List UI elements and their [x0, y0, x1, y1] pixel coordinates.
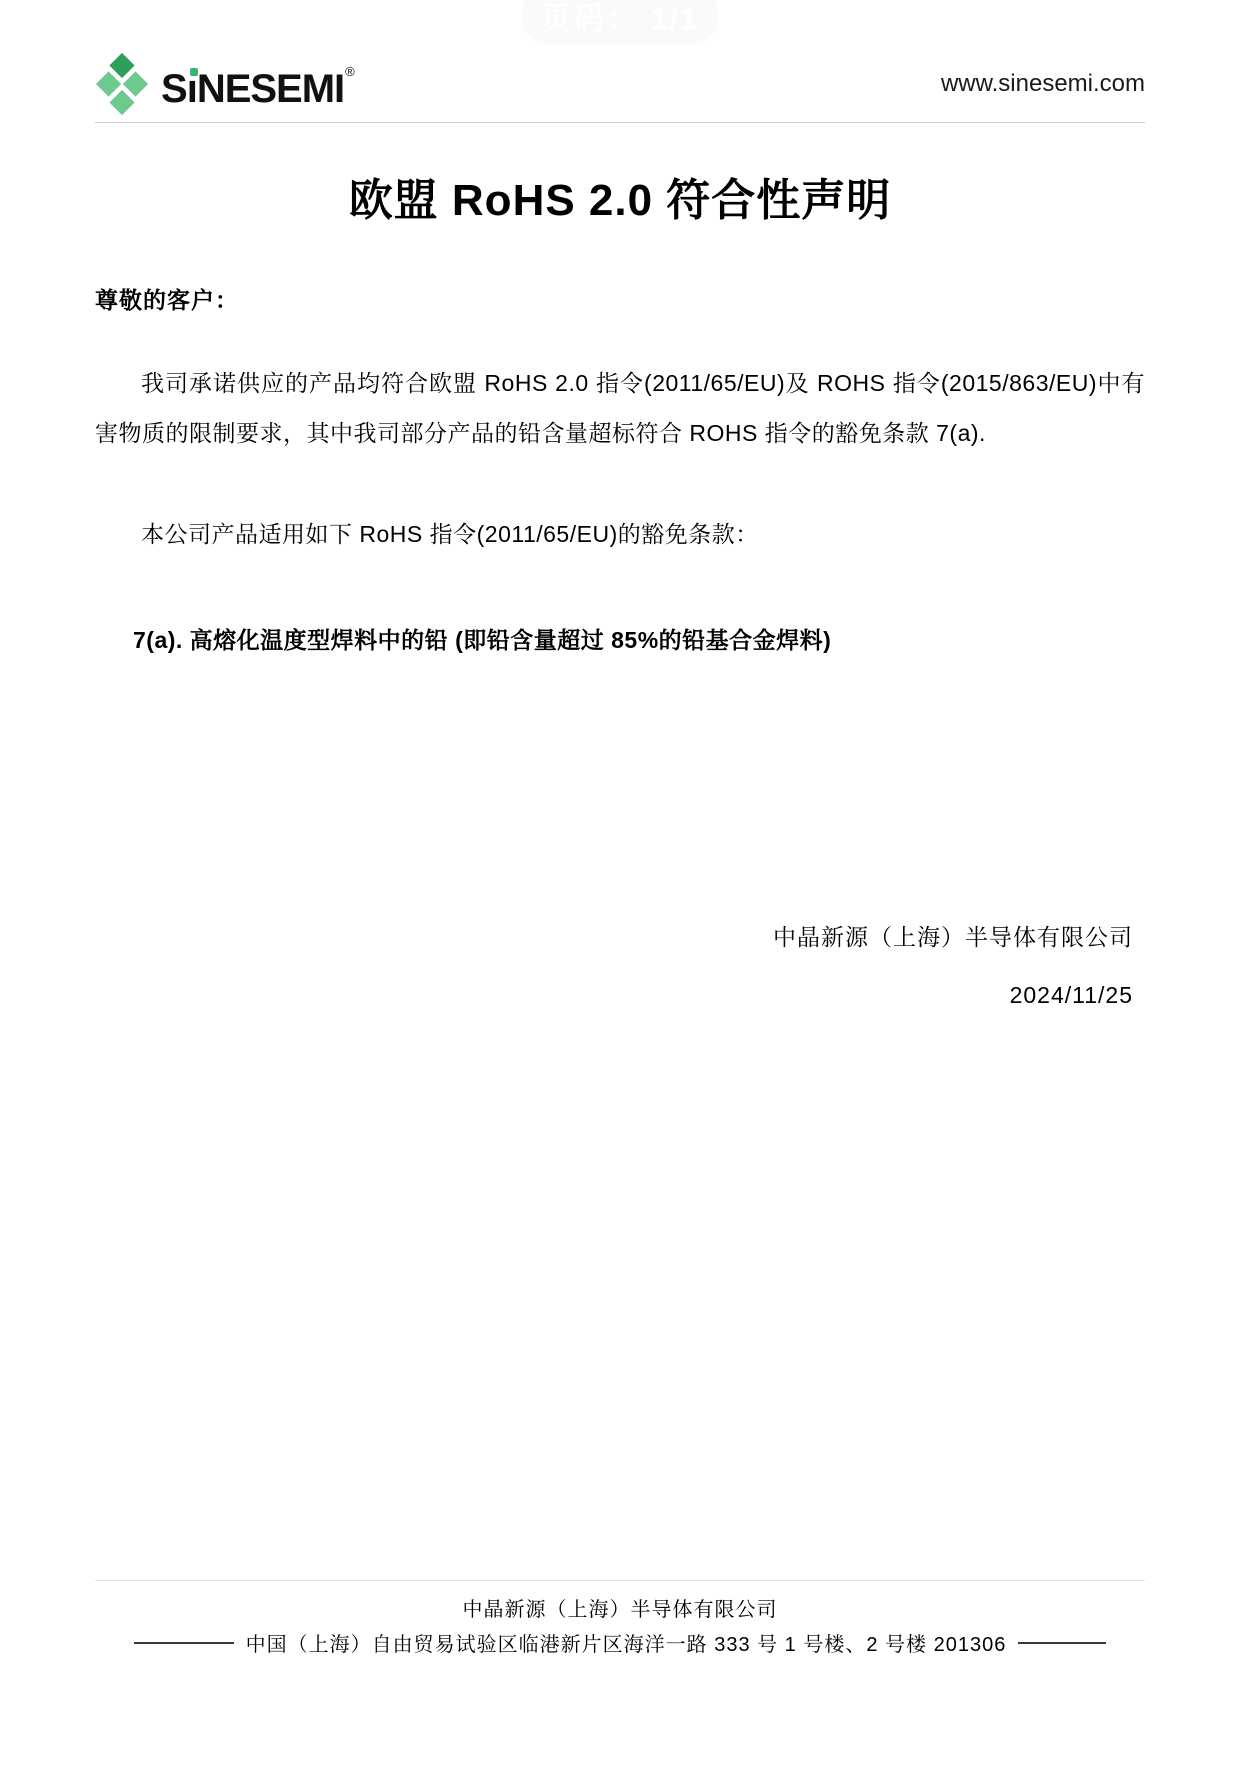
paragraph-exemption-intro: 本公司产品适用如下 RoHS 指令(2011/65/EU)的豁免条款：	[95, 516, 1145, 552]
footer-address-row: 中国（上海）自由贸易试验区临港新片区海洋一路 333 号 1 号楼、2 号楼 2…	[0, 1628, 1240, 1657]
paragraph-compliance: 我司承诺供应的产品均符合欧盟 RoHS 2.0 指令(2011/65/EU)及 …	[95, 358, 1145, 458]
document-title: 欧盟 RoHS 2.0 符合性声明	[0, 164, 1240, 228]
footer-divider	[95, 1580, 1145, 1581]
footer-dash-right	[1018, 1642, 1106, 1644]
footer-address: 中国（上海）自由贸易试验区临港新片区海洋一路 333 号 1 号楼、2 号楼 2…	[246, 1628, 1007, 1657]
signature-date: 2024/11/25	[773, 966, 1133, 1024]
footer-company: 中晶新源（上海）半导体有限公司	[0, 1593, 1240, 1622]
page-number-badge: 页码： 1/1	[523, 0, 718, 44]
footer-dash-left	[134, 1642, 234, 1644]
brand-logo: SıNESEMI®	[95, 52, 353, 116]
logo-green-dot-i: ı	[187, 69, 197, 109]
exemption-clause: 7(a). 高熔化温度型焊料中的铅 (即铅含量超过 85%的铅基合金焊料)	[133, 622, 1145, 655]
document-page: 页码： 1/1 SıNESEMI® www.sinesemi.com 欧盟 Ro…	[0, 0, 1240, 1768]
sinesemi-logo-icon	[95, 52, 149, 116]
header: SıNESEMI® www.sinesemi.com	[95, 52, 1145, 116]
signature-block: 中晶新源（上海）半导体有限公司 2024/11/25	[773, 908, 1133, 1024]
header-divider	[95, 122, 1145, 123]
greeting: 尊敬的客户：	[95, 282, 239, 315]
sinesemi-logo-text: SıNESEMI®	[161, 59, 353, 109]
website-link[interactable]: www.sinesemi.com	[941, 70, 1145, 98]
signature-company: 中晶新源（上海）半导体有限公司	[773, 908, 1133, 966]
registered-trademark-mark: ®	[345, 65, 354, 78]
